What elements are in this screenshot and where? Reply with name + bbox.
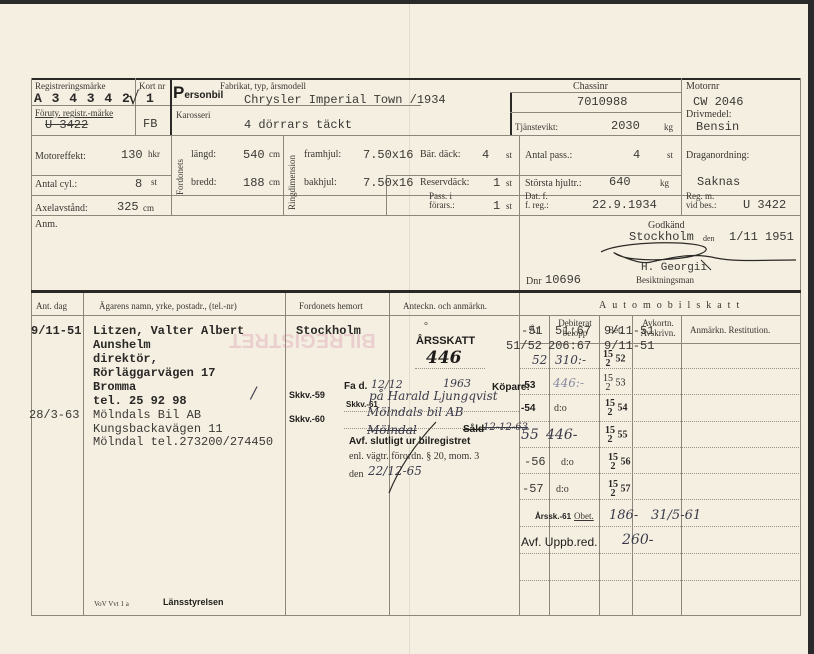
hemort-stamp-skkv-59: Skkv.-59: [289, 390, 325, 400]
kortnr-label: Kort nr: [139, 81, 165, 91]
owner-2-line-2: Kungsbackavägen 11: [93, 422, 223, 436]
tax-row-6-ar: 55: [521, 427, 539, 443]
owner-2-line-1: Mölndals Bil AB: [93, 408, 201, 422]
pass-forars-value: 1: [493, 199, 500, 213]
header-anmarkn-restitution: Anmärkn. Restitution.: [690, 325, 770, 335]
reg-m-vid-bes-value: U 3422: [743, 198, 786, 212]
tjanstevikt-label: Tjänstevikt:: [515, 122, 558, 132]
bar-dack-unit: st: [506, 150, 512, 160]
avf-uppb-red-label: Avf. Uppb.red.: [521, 535, 598, 549]
owner-1-line-6: tel. 25 92 98: [93, 394, 187, 408]
arssk-61-obet: Obet.: [574, 511, 594, 521]
langd-value: 540: [243, 148, 265, 162]
pass-forars-unit: st: [506, 201, 512, 211]
chassinr-value: 7010988: [577, 95, 627, 109]
framhjul-value: 7.50x16: [363, 148, 413, 162]
bar-dack-label: Bär. däck:: [420, 149, 461, 160]
left-border: [31, 78, 32, 616]
arsskatt-value: 446: [426, 348, 462, 368]
header-fordonets-hemort: Fordonets hemort: [299, 301, 363, 311]
tjanstevikt-unit: kg: [664, 122, 673, 132]
avf-uppb-red-amount: 260-: [622, 532, 653, 548]
bredd-unit: cm: [269, 177, 280, 187]
section-divider: [31, 290, 801, 293]
owner-1-hemort: Stockholm: [296, 324, 361, 338]
antal-pass-label: Antal pass.:: [525, 150, 572, 161]
header-anteckn: Anteckn. och anmärkn.: [403, 301, 487, 311]
bredd-label: bredd:: [191, 177, 217, 188]
tax-row-4-belopp: 446:-: [553, 376, 584, 390]
tjanstevikt-value: 2030: [611, 119, 640, 133]
arsskatt-dot: °: [424, 321, 428, 332]
owner-1-date: 9/11-51: [31, 324, 81, 338]
tax-row-7-belopp: d:o: [561, 457, 574, 468]
form-code: VoV Vvt 1 a: [94, 600, 129, 608]
langd-label: längd:: [191, 149, 216, 160]
drivmedel-value: Bensin: [696, 120, 739, 134]
antal-cyl-value: 8: [135, 177, 142, 191]
registreringsmarke-label: Registreringsmärke: [35, 81, 105, 91]
reservdack-value: 1: [493, 176, 500, 190]
bottom-border: [31, 615, 801, 616]
arssk-61-date: 31/5-61: [651, 508, 701, 523]
motoreffekt-value: 130: [121, 148, 143, 162]
axelavstand-value: 325: [117, 200, 139, 214]
tax-row-6-bet: 152 55: [605, 426, 628, 444]
motoreffekt-unit: hkr: [148, 149, 160, 159]
tax-row-3-bet: 152 52: [603, 350, 626, 368]
forutv-reg-label: Föruty. registr.-märke: [35, 108, 113, 118]
bakhjul-label: bakhjul:: [304, 177, 337, 188]
forutv-reg-suffix: FB: [143, 117, 157, 131]
storsta-hjultr-value: 640: [609, 175, 631, 189]
sald-label: Såld: [463, 424, 484, 435]
tax-row-4-bet: 152 53: [603, 374, 626, 392]
motornr-label: Motornr: [686, 81, 719, 92]
lansstyrelsen-label: Länsstyrelsen: [163, 597, 224, 607]
dnr-label: Dnr: [526, 276, 542, 287]
dat-f-reg-label-2: f. reg.:: [525, 200, 549, 210]
ringdimension-label: Ringdimension: [287, 155, 297, 210]
header-ant-dag: Ant. dag: [36, 301, 67, 311]
tax-row-8-bet: 152 57: [608, 480, 631, 498]
framhjul-label: framhjul:: [304, 149, 341, 160]
handwritten-slash-icon: [371, 418, 451, 498]
pass-forars-label-2: förars.:: [429, 200, 455, 210]
motoreffekt-label: Motoreffekt:: [35, 151, 86, 162]
karosseri-value: 4 dörrars täckt: [244, 118, 352, 132]
arsskatt-label: ÅRSSKATT: [416, 335, 475, 347]
handwritten-dealer: Mölndals bil AB: [367, 405, 463, 419]
tax-row-4-ar: -53: [521, 380, 535, 391]
owner-2-date: 28/3-63: [29, 408, 79, 422]
owner-2-line-3: Mölndal tel.273200/274450: [93, 435, 273, 449]
langd-unit: cm: [269, 149, 280, 159]
bakhjul-value: 7.50x16: [363, 176, 413, 190]
owner-1-line-4: Rörläggarvägen 17: [93, 366, 215, 380]
besiktningsman-name: H. Georgii: [641, 262, 707, 274]
karosseri-label: Karosseri: [176, 110, 211, 120]
vehicle-registration-form: Registreringsmärke A 3 4 3 4 2 Kort nr √…: [31, 78, 801, 616]
arssk-61-amount: 186-: [609, 508, 638, 523]
right-border: [800, 78, 801, 616]
tax-row-8-ar: -57: [522, 482, 544, 496]
fordonets-label: Fordonets: [175, 159, 185, 195]
chassinr-label: Chassinr: [573, 81, 608, 92]
axelavstand-unit: cm: [143, 203, 154, 213]
tax-row-6-belopp: 446-: [546, 427, 577, 443]
den-label: den: [349, 469, 363, 480]
kortnr-value: 1: [146, 91, 154, 106]
tax-row-5-ar: -54: [521, 403, 535, 414]
motornr-value: CW 2046: [693, 95, 743, 109]
bredd-value: 188: [243, 176, 265, 190]
top-border: [31, 78, 801, 80]
tax-row-1-belopp: 51:67: [555, 324, 591, 338]
dat-f-reg-value: 22.9.1934: [592, 198, 657, 212]
owner-1-line-5: Bromma: [93, 380, 136, 394]
draganordning-value: Saknas: [697, 175, 740, 189]
bar-dack-value: 4: [482, 148, 489, 162]
tax-row-7-bet: 152 56: [608, 453, 631, 471]
header-agarens-namn: Ägarens namn, yrke, postadr., (tel.-nr): [99, 301, 237, 311]
tax-row-5-bet: 152 54: [605, 399, 628, 417]
tax-row-3-ar: 52: [532, 353, 547, 367]
handwritten-stroke: /: [251, 383, 256, 402]
drivmedel-label: Drivmedel:: [686, 109, 732, 120]
tax-row-1-bet: 9/11-51: [604, 324, 654, 338]
fabrikat-label: Fabrikat, typ, årsmodell: [220, 81, 306, 91]
reservdack-label: Reservdäck:: [420, 177, 469, 188]
handwritten-buyer: på Harald Ljungqvist: [369, 389, 498, 403]
tax-row-7-ar: -56: [524, 455, 546, 469]
anm-label: Anm.: [35, 219, 58, 230]
check-mark-icon: √: [128, 88, 139, 109]
owner-1-line-2: Aunshelm: [93, 338, 151, 352]
automobilskatt-title: Automobilskatt: [599, 300, 745, 311]
antal-cyl-unit: st: [151, 177, 157, 187]
dnr-value: 10696: [545, 273, 581, 287]
antal-cyl-label: Antal cyl.:: [35, 179, 77, 190]
tax-row-2-ar: 51/52: [506, 339, 542, 353]
reg-m-vid-bes-label-2: vid bes.:: [686, 200, 717, 210]
draganordning-label: Draganordning:: [686, 150, 749, 161]
storsta-hjultr-unit: kg: [660, 178, 669, 188]
registreringsmarke-value: A 3 4 3 4 2: [34, 91, 131, 106]
storsta-hjultr-label: Största hjultr.:: [525, 178, 582, 189]
antal-pass-unit: st: [667, 150, 673, 160]
owner-1-line-3: direktör,: [93, 352, 158, 366]
personbil-badge: Personbil: [173, 83, 223, 103]
forutv-reg-value: U 3422: [45, 118, 88, 132]
besiktningsman-label: Besiktningsman: [636, 275, 694, 285]
fa-d-label: Fa d.: [344, 381, 367, 392]
arssk-61-label: Årssk.-61: [535, 512, 571, 521]
tax-row-5-belopp: d:o: [554, 403, 567, 414]
fabrikat-value: Chrysler Imperial Town /1934: [244, 93, 446, 107]
tax-row-8-belopp: d:o: [556, 484, 569, 495]
axelavstand-label: Axelavstånd:: [35, 203, 88, 214]
tax-row-1-ar: -51: [521, 324, 543, 338]
antal-pass-value: 4: [633, 148, 640, 162]
hemort-stamp-skkv-60: Skkv.-60: [289, 414, 325, 424]
owner-1-line-1: Litzen, Valter Albert: [93, 324, 244, 338]
reservdack-unit: st: [506, 178, 512, 188]
tax-row-3-belopp: 310:-: [555, 353, 586, 367]
tax-row-2-belopp: 206:67: [548, 339, 591, 353]
